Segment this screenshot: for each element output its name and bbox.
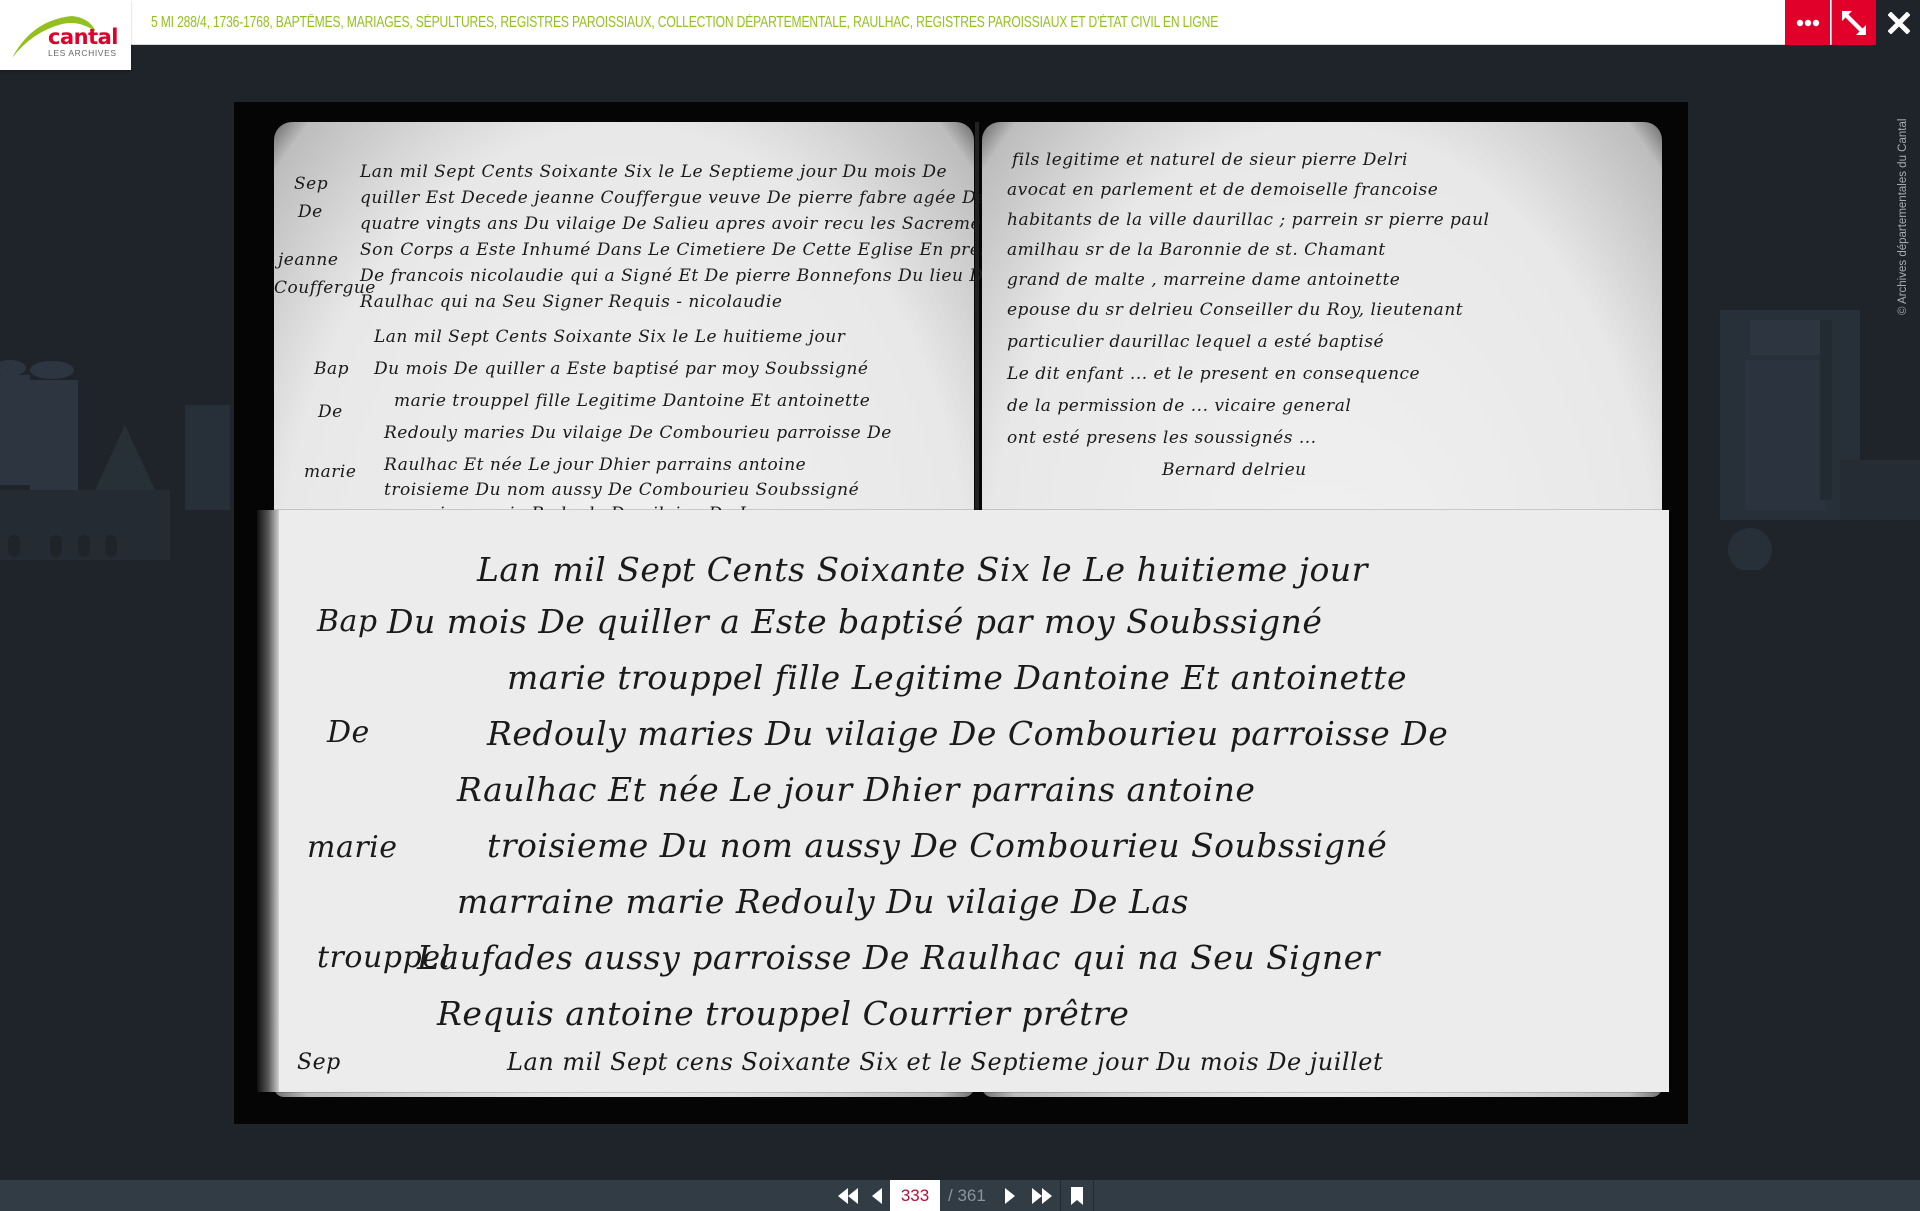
expand-arrows-icon (1841, 10, 1867, 36)
fullscreen-button[interactable] (1831, 0, 1876, 45)
handwritten-line: Lan mil Sept Cents Soixante Six le Le Se… (360, 162, 947, 182)
handwritten-line: grand de malte , marreine dame antoinett… (1007, 270, 1400, 290)
handwritten-line: quatre vingts ans Du vilaige De Salieu a… (360, 214, 1009, 234)
margin-note: De (327, 715, 370, 750)
last-page-button[interactable] (1028, 1180, 1056, 1211)
cantal-archives-logo[interactable]: cantal LES ARCHIVES (0, 0, 131, 70)
magnified-line: marie trouppel fille Legitime Dantoine E… (507, 658, 1407, 697)
magnified-line: Redouly maries Du vilaige De Combourieu … (487, 714, 1448, 753)
handwritten-line: quiller Est Decede jeanne Couffergue veu… (360, 188, 1045, 208)
magnified-line: Lan mil Sept Cents Soixante Six le Le hu… (477, 550, 1368, 589)
background-illustration-left (0, 330, 230, 560)
next-page-button[interactable] (1000, 1180, 1020, 1211)
handwritten-line: epouse du sr delrieu Conseiller du Roy, … (1007, 300, 1463, 320)
document-title: 5 MI 288/4, 1736-1768, BAPTÊMES, MARIAGE… (151, 0, 1395, 45)
margin-note: marie (304, 462, 356, 482)
magnified-line: Lan mil Sept cens Soixante Six et le Sep… (507, 1048, 1383, 1076)
handwritten-line: Raulhac Et née Le jour Dhier parrains an… (384, 455, 806, 475)
magnified-line: Du mois De quiller a Este baptisé par mo… (387, 602, 1322, 641)
first-page-button[interactable] (834, 1180, 862, 1211)
handwritten-line: Le dit enfant ... et le present en conse… (1007, 364, 1420, 384)
magnified-line: Laufades aussy parroisse De Raulhac qui … (417, 938, 1380, 977)
handwritten-line: Redouly maries Du vilaige De Combourieu … (384, 423, 892, 443)
handwritten-line: fils legitime et naturel de sieur pierre… (1012, 150, 1408, 170)
page-gutter (975, 122, 979, 522)
margin-note: jeanne (278, 250, 338, 270)
handwritten-line: avocat en parlement et de demoiselle fra… (1007, 180, 1438, 200)
handwritten-line: de la permission de ... vicaire general (1007, 396, 1351, 416)
close-x-icon (1888, 12, 1910, 34)
more-options-button[interactable] (1785, 0, 1830, 45)
next-page-icon (1005, 1188, 1016, 1204)
handwritten-line: Son Corps a Este Inhumé Dans Le Cimetier… (360, 240, 1032, 260)
copyright-notice: © Archives départementales du Cantal (1897, 119, 1909, 315)
close-button[interactable] (1876, 0, 1920, 45)
handwritten-line: troisieme Du nom aussy De Combourieu Sou… (384, 480, 859, 500)
margin-note: trouppel (317, 940, 451, 975)
handwritten-line: Raulhac qui na Seu Signer Requis - nicol… (360, 292, 782, 312)
magnified-line: troisieme Du nom aussy De Combourieu Sou… (487, 826, 1387, 865)
background-illustration-right (1690, 300, 1920, 570)
handwritten-line: Lan mil Sept Cents Soixante Six le Le hu… (374, 327, 845, 347)
handwritten-signature: Bernard delrieu (1162, 460, 1307, 480)
magnified-line: marraine marie Redouly Du vilaige De Las (457, 882, 1189, 921)
first-page-icon (837, 1188, 859, 1204)
handwritten-line: De francois nicolaudie qui a Signé Et De… (360, 266, 994, 286)
margin-note: De (298, 202, 323, 222)
margin-note: marie (307, 830, 398, 865)
previous-page-icon (871, 1188, 882, 1204)
header-bar: 5 MI 288/4, 1736-1768, BAPTÊMES, MARIAGE… (0, 0, 1876, 45)
margin-note: Sep (294, 174, 328, 194)
page-edge (257, 510, 279, 1092)
magnified-line: Raulhac Et née Le jour Dhier parrains an… (457, 770, 1255, 809)
ellipsis-icon (1796, 19, 1820, 27)
margin-note: Couffergue (274, 278, 376, 298)
bookmark-icon (1071, 1187, 1083, 1205)
handwritten-line: ont esté presens les soussignés ... (1007, 428, 1317, 448)
handwritten-line: particulier daurillac lequel a esté bapt… (1007, 332, 1384, 352)
previous-page-button[interactable] (866, 1180, 886, 1211)
logo-brand-text: cantal (48, 27, 118, 48)
page-navigation-bar: / 361 (0, 1180, 1920, 1211)
image-viewer: Lan mil Sept Cents Soixante Six le Le Se… (0, 0, 1920, 1211)
handwritten-line: habitants de la ville daurillac ; parrei… (1007, 210, 1489, 230)
divider (1093, 1180, 1094, 1211)
magnified-line: Requis antoine trouppel Courrier prêtre (437, 994, 1129, 1033)
handwritten-line: marie trouppel fille Legitime Dantoine E… (394, 391, 870, 411)
bookmark-button[interactable] (1062, 1180, 1092, 1211)
handwritten-line: Du mois De quiller a Este baptisé par mo… (374, 359, 868, 379)
page-number-input[interactable] (890, 1180, 940, 1211)
handwritten-line: amilhau sr de la Baronnie de st. Chamant (1007, 240, 1386, 260)
margin-note: De (318, 402, 343, 422)
margin-note: Bap (314, 359, 349, 379)
total-pages-label: / 361 (948, 1180, 986, 1211)
last-page-icon (1031, 1188, 1053, 1204)
magnifier-loupe[interactable]: Lan mil Sept Cents Soixante Six le Le hu… (257, 510, 1669, 1092)
divider (1060, 1180, 1061, 1211)
logo-subtitle: LES ARCHIVES (48, 49, 117, 58)
margin-note: Bap (317, 604, 378, 639)
margin-note: Sep (297, 1050, 341, 1075)
